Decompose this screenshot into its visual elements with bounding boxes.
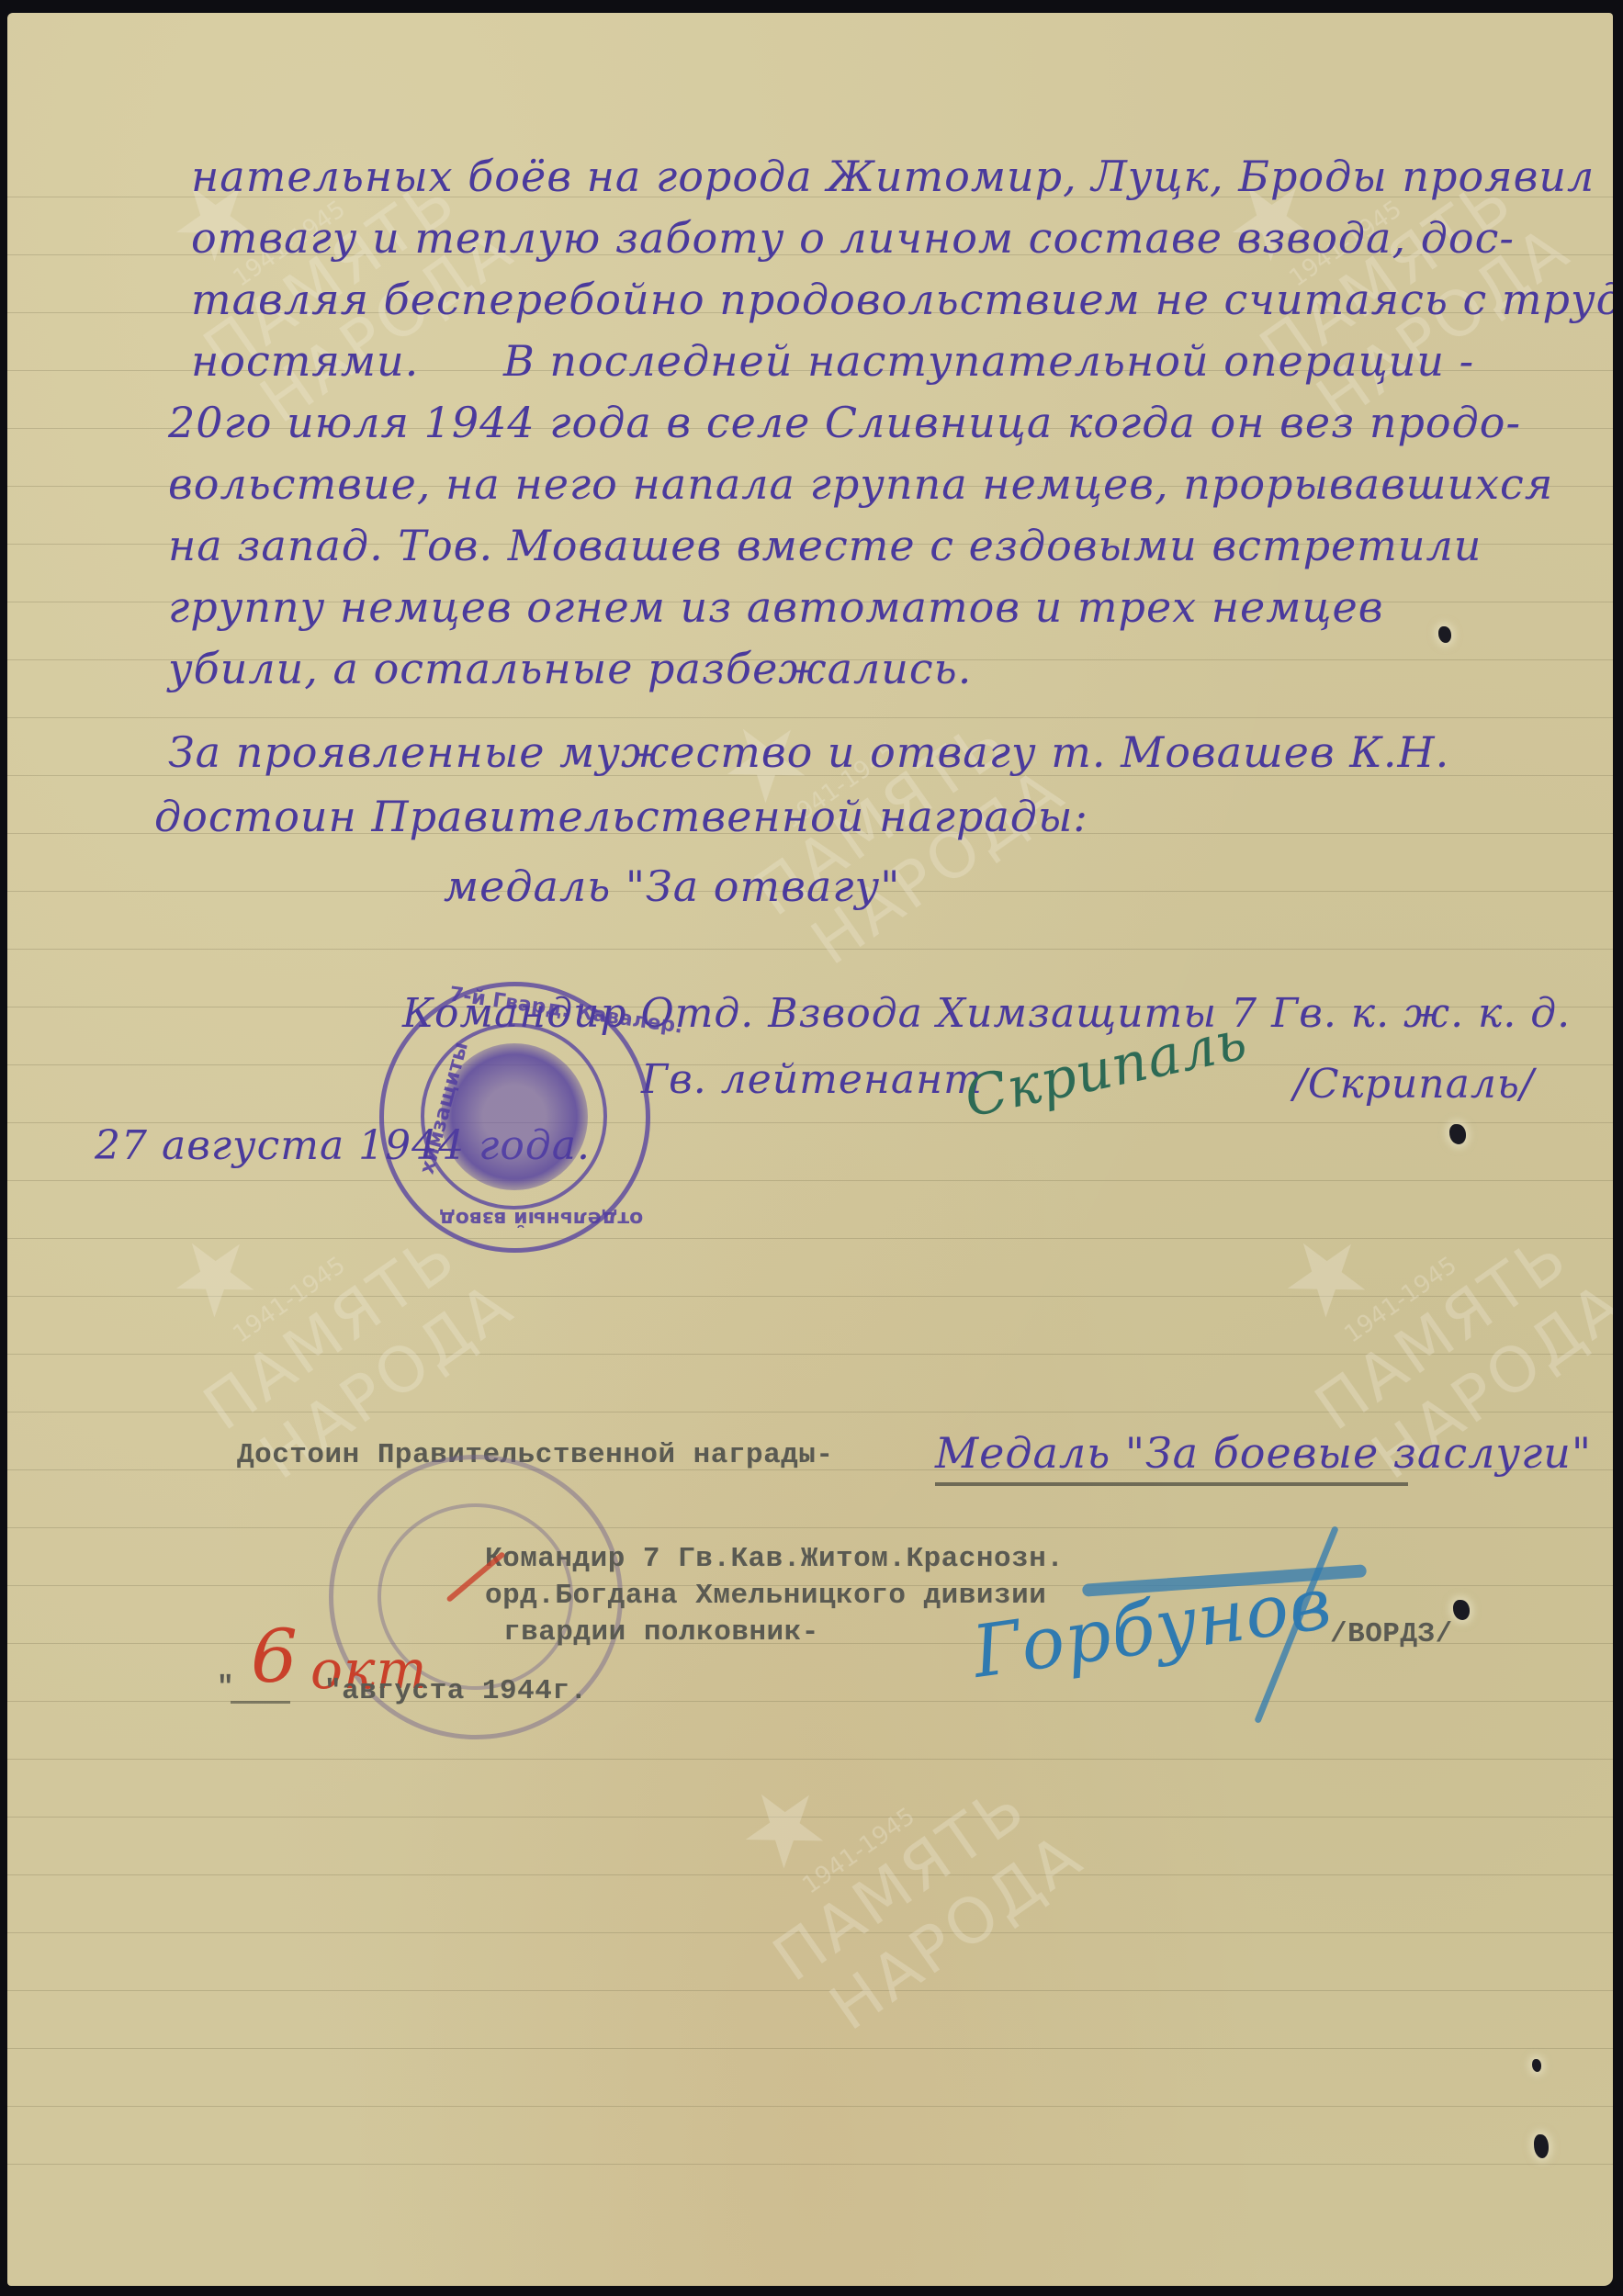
award-underline [935,1482,1408,1486]
narrative-line: ностями. [191,340,419,382]
paper-hole [1453,1600,1470,1620]
typed-award-label: Достоин Правительственной награды- [237,1441,834,1469]
commander2-name: /ВОРДЗ/ [1330,1620,1453,1649]
ruled-line [7,2164,1613,2165]
document-page: ★ 1941-1945 ПАМЯТЬ НАРОДА ★ 1941-1945 ПА… [7,13,1613,2286]
ruled-line [7,2048,1613,2049]
ruled-line [7,1296,1613,1297]
narrative-line: отвагу и теплую заботу о личном составе … [191,217,1515,259]
narrative-line: нательных боёв на города Житомир, Луцк, … [191,155,1595,197]
ruled-line [7,1412,1613,1412]
commander1-rank: Гв. лейтенант [641,1060,983,1100]
commander1-name: /Скрипаль/ [1293,1064,1535,1105]
commander2-line3: гвардии полковник- [503,1618,819,1647]
paper-hole [1534,2134,1549,2158]
ruled-line [7,1759,1613,1760]
date2-typed: "августа 1944г. [324,1677,588,1705]
date2-day: 6 [251,1620,299,1694]
paper-hole [1532,2059,1541,2072]
date-underline [231,1701,290,1704]
date2-quote: " [217,1673,234,1702]
typed-award-value: Медаль "За боевые заслуги" [935,1432,1592,1474]
paper-hole [1449,1124,1466,1144]
watermark-star-icon: ★ [717,1654,997,1893]
recommended-award: медаль "За отвагу" [444,865,900,907]
narrative-line: тавляя бесперебойно продовольствием не с… [191,278,1613,321]
paper-hole [1438,626,1451,643]
unit-stamp: 7-й Гвард. Кавалер. химзащиты отдельный … [379,982,650,1253]
recommendation-line: достоин Правительственной награды: [154,795,1088,838]
ruled-line [7,1874,1613,1875]
narrative-line: на запад. Тов. Мовашев вместе с ездовыми… [168,524,1482,567]
ruled-line [7,1990,1613,1991]
narrative-line: вольствие, на него напала группа немцев,… [168,463,1553,505]
ruled-line [7,717,1613,718]
ruled-line [7,1238,1613,1239]
ruled-line [7,1354,1613,1355]
ruled-line [7,1180,1613,1181]
narrative-line: группу немцев огнем из автоматов и трех … [168,586,1384,628]
ruled-line [7,1932,1613,1933]
recommendation-line: За проявленные мужество и отвагу т. Мова… [168,731,1449,773]
commander2-line2: орд.Богдана Хмельницкого дивизии [485,1581,1046,1610]
ruled-line [7,1817,1613,1818]
watermark: ★ 1941-1945 ПАМЯТЬ НАРОДА [687,1654,1097,2055]
narrative-line: убили, а остальные разбежались. [168,647,972,690]
watermark-star-icon: ★ [1259,1103,1539,1342]
commander2-line1: Командир 7 Гв.Кав.Житом.Краснозн. [485,1545,1064,1573]
ruled-line [7,2106,1613,2107]
ruled-line [7,1527,1613,1528]
narrative-line: В последней наступательной операции - [503,340,1474,382]
narrative-line: 20го июля 1944 года в селе Сливница когд… [168,401,1521,444]
ruled-line [7,949,1613,950]
